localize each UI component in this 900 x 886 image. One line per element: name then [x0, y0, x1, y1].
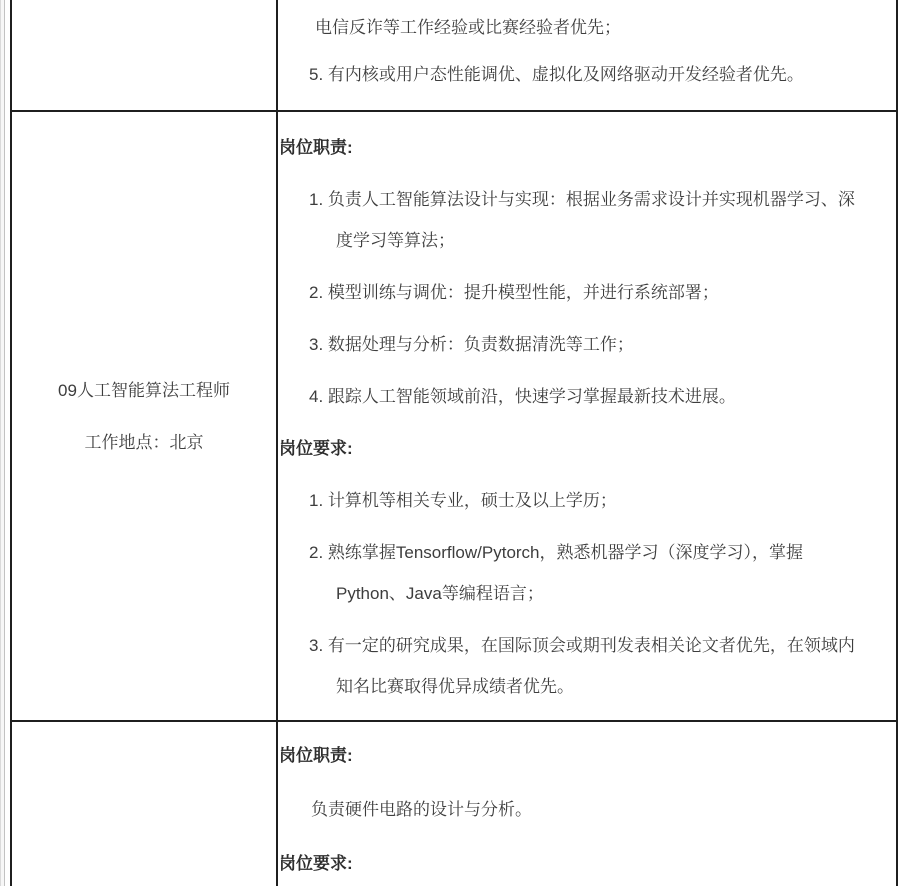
job-detail-cell: 电信反诈等工作经验或比赛经验者优先； 5. 有内核或用户态性能调优、虚拟化及网络…	[278, 0, 896, 110]
job-row-hardware-partial: 岗位职责: 负责硬件电路的设计与分析。 岗位要求:	[12, 722, 896, 886]
job-table: 电信反诈等工作经验或比赛经验者优先； 5. 有内核或用户态性能调优、虚拟化及网络…	[10, 0, 898, 886]
job-detail-cell: 岗位职责: 1. 负责人工智能算法设计与实现：根据业务需求设计并实现机器学习、深…	[278, 112, 896, 720]
list-item-continuation: 电信反诈等工作经验或比赛经验者优先；	[315, 7, 896, 49]
job-detail-cell: 岗位职责: 负责硬件电路的设计与分析。 岗位要求:	[278, 722, 896, 886]
section-heading-responsibilities: 岗位职责:	[279, 735, 896, 777]
list-item-continuation: Python、Java等编程语言；	[336, 573, 896, 614]
list-item: 3. 有一定的研究成果，在国际顶会或期刊发表相关论文者优先，在领域内	[309, 625, 896, 666]
job-title-cell	[12, 0, 278, 110]
list-item: 3. 数据处理与分析：负责数据清洗等工作；	[309, 324, 896, 365]
job-title: 09人工智能算法工程师	[58, 370, 230, 411]
job-row-kernel-dev-partial: 电信反诈等工作经验或比赛经验者优先； 5. 有内核或用户态性能调优、虚拟化及网络…	[12, 0, 896, 112]
job-title-cell: 09人工智能算法工程师 工作地点：北京	[12, 112, 278, 720]
section-heading-requirements: 岗位要求:	[279, 843, 896, 885]
list-item: 5. 有内核或用户态性能调优、虚拟化及网络驱动开发经验者优先。	[309, 54, 896, 96]
list-item: 4. 跟踪人工智能领域前沿，快速学习掌握最新技术进展。	[309, 376, 896, 417]
list-item: 1. 负责人工智能算法设计与实现：根据业务需求设计并实现机器学习、深	[309, 179, 896, 220]
job-row-ai-algorithm-engineer: 09人工智能算法工程师 工作地点：北京 岗位职责: 1. 负责人工智能算法设计与…	[12, 112, 896, 722]
list-item: 1. 计算机等相关专业，硕士及以上学历；	[309, 480, 896, 521]
list-item-continuation: 知名比赛取得优异成绩者优先。	[336, 666, 896, 707]
list-item: 2. 模型训练与调优：提升模型性能，并进行系统部署；	[309, 272, 896, 313]
paragraph: 负责硬件电路的设计与分析。	[311, 789, 896, 831]
job-title-cell	[12, 722, 278, 886]
list-item-continuation: 度学习等算法；	[336, 220, 896, 261]
job-postings-page: 电信反诈等工作经验或比赛经验者优先； 5. 有内核或用户态性能调优、虚拟化及网络…	[0, 0, 900, 886]
section-heading-responsibilities: 岗位职责:	[279, 127, 896, 168]
job-location: 工作地点：北京	[85, 422, 204, 463]
page-left-edge-line	[0, 0, 5, 886]
list-item: 2. 熟练掌握Tensorflow/Pytorch，熟悉机器学习（深度学习），掌…	[309, 532, 896, 573]
section-heading-requirements: 岗位要求:	[279, 428, 896, 469]
